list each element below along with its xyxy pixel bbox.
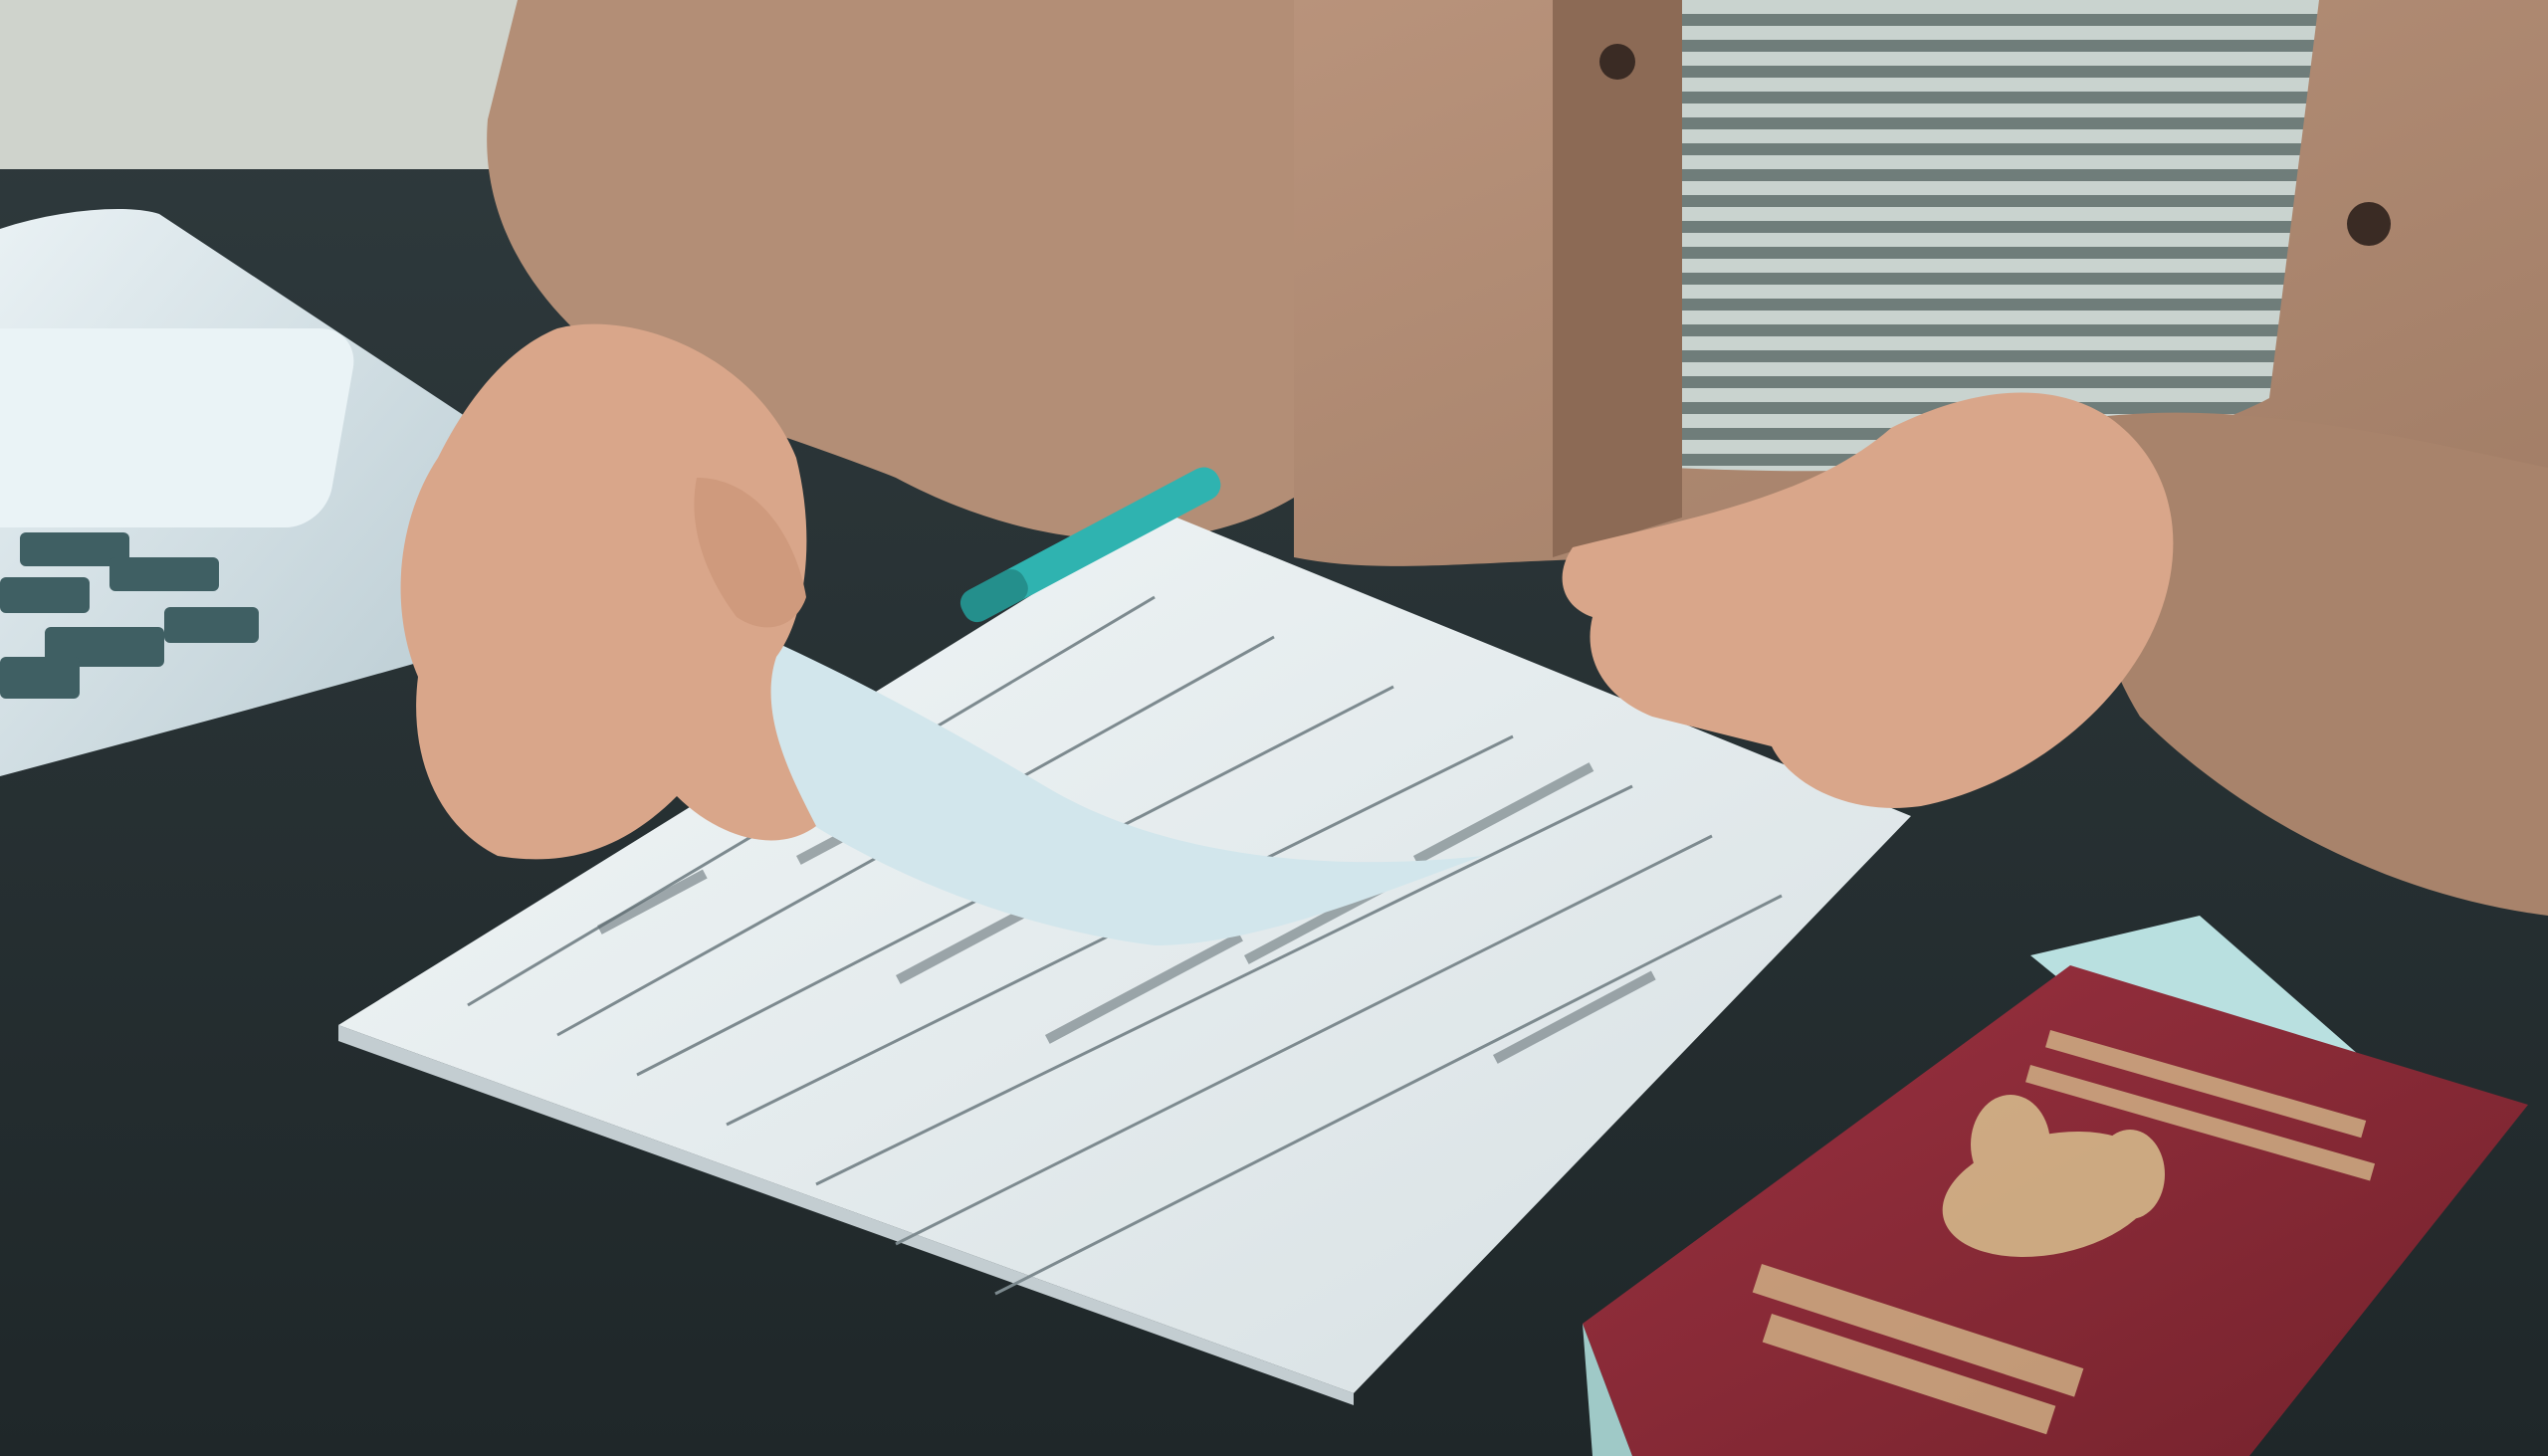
jacket-button (2347, 202, 2391, 246)
photo-scene: Close-up photo of a person in a tan jack… (0, 0, 2548, 1456)
jacket-button (1599, 44, 1635, 80)
scene-illustration (0, 0, 2548, 1456)
laptop-trackpad[interactable] (0, 328, 360, 527)
jacket-placket (1553, 0, 1682, 557)
